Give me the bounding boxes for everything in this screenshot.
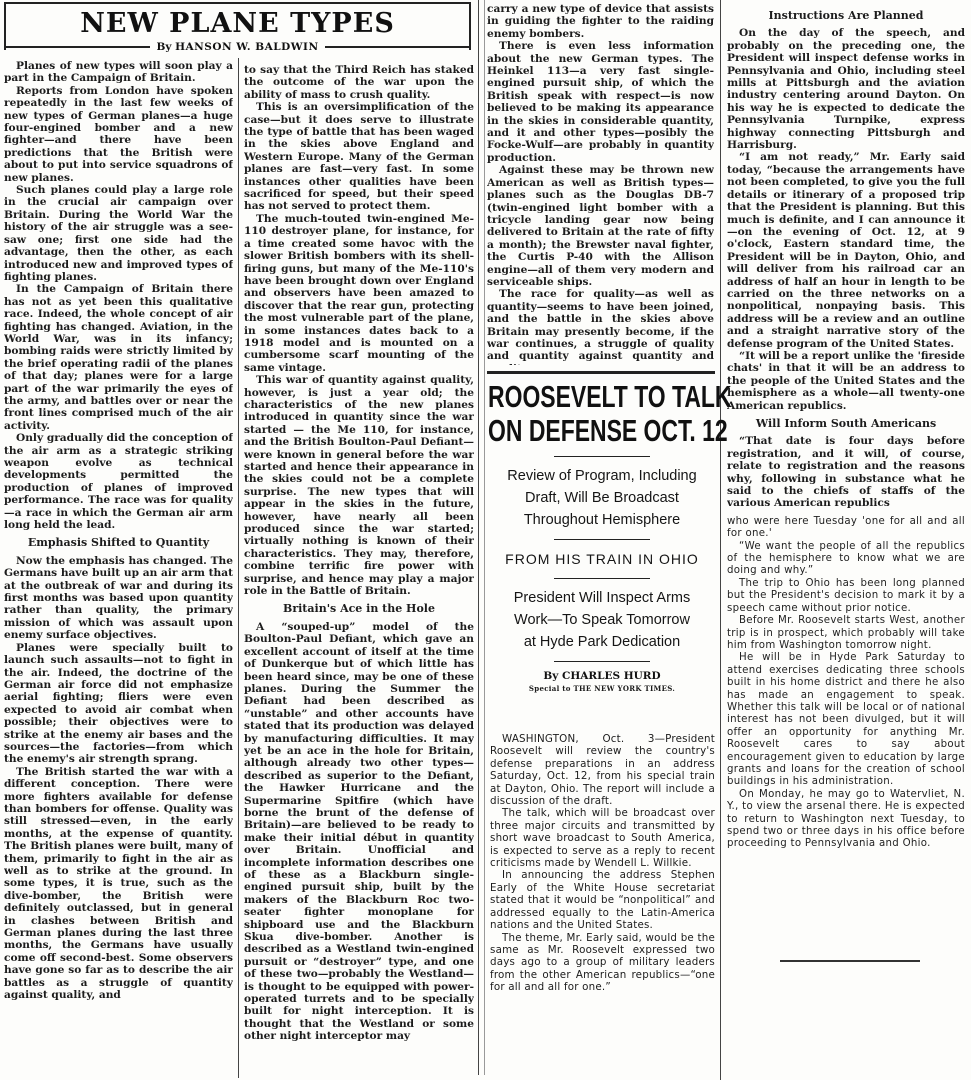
paragraph: The much-touted twin-engined Me-110 dest… <box>244 213 474 374</box>
deck-1: Review of Program, Including Draft, Will… <box>488 465 716 531</box>
deck-2: FROM HIS TRAIN IN OHIO <box>488 548 716 570</box>
paragraph: On Monday, he may go to Watervliet, N. Y… <box>727 789 965 851</box>
byline-rule-right <box>325 46 471 48</box>
deck-1-line: Review of Program, Including <box>488 465 716 487</box>
paragraph: The theme, Mr. Early said, would be the … <box>490 932 715 994</box>
story-divider-rule <box>487 371 715 374</box>
deck-3-line: at Hyde Park Dedication <box>488 631 716 653</box>
paragraph: “That date is four days before registrat… <box>727 435 965 509</box>
newspaper-clipping: NEW PLANE TYPES By HANSON W. BALDWIN Pla… <box>0 0 971 1080</box>
paragraph: He will be in Hyde Park Saturday to atte… <box>727 652 965 788</box>
paragraph: to say that the Third Reich has staked t… <box>244 64 474 101</box>
headline-line-1: ROOSEVELT TO TALK <box>488 380 716 414</box>
byline-name: HANSON W. BALDWIN <box>175 41 318 53</box>
subheading: Emphasis Shifted to Quantity <box>4 537 233 549</box>
paragraph: Planes of new types will soon play a par… <box>4 60 233 85</box>
deck-3: President Will Inspect Arms Work—To Spea… <box>488 587 716 653</box>
headline-new-plane-types: NEW PLANE TYPES <box>6 8 469 39</box>
paragraph: “I am not ready,” Mr. Early said today, … <box>727 151 965 350</box>
paragraph: Before Mr. Roosevelt starts West, anothe… <box>727 615 965 652</box>
paragraph: carry a new type of device that assists … <box>487 3 714 40</box>
deck-1-line: Throughout Hemisphere <box>488 509 716 531</box>
deck-1-line: Draft, Will Be Broadcast <box>488 487 716 509</box>
deck-rule <box>554 539 650 540</box>
byline-hurd: By CHARLES HURD <box>488 670 716 682</box>
paragraph: Planes were specially built to launch su… <box>4 642 233 766</box>
subheading: Will Inform South Americans <box>727 418 965 430</box>
article-column-3: carry a new type of device that assists … <box>487 3 714 365</box>
paragraph: “It will be a report unlike the 'firesid… <box>727 350 965 412</box>
headline-line-2: ON DEFENSE OCT. 12 <box>488 414 716 448</box>
column-rule <box>238 58 239 1078</box>
column-rule <box>478 0 479 1075</box>
paragraph: The talk, which will be broadcast over t… <box>490 807 715 869</box>
deck-3-line: Work—To Speak Tomorrow <box>488 609 716 631</box>
paragraph: The British started the war with a diffe… <box>4 766 233 1002</box>
paragraph: Against these may be thrown new American… <box>487 164 714 288</box>
byline-baldwin: By HANSON W. BALDWIN <box>150 41 324 53</box>
article-column-4: Instructions Are PlannedOn the day of th… <box>727 4 965 1074</box>
article-column-1: Planes of new types will soon play a par… <box>4 60 233 1075</box>
column-rule <box>484 0 485 1075</box>
paragraph: Such planes could play a large role in t… <box>4 184 233 283</box>
paragraph: In announcing the address Stephen Early … <box>490 869 715 931</box>
paragraph: “We want the people of all the republics… <box>727 541 965 578</box>
deck-rule <box>554 456 650 457</box>
end-rule <box>780 960 920 962</box>
byline-row: By HANSON W. BALDWIN <box>4 40 471 54</box>
paragraph: In the Campaign of Britain there has not… <box>4 283 233 432</box>
paragraph: There is even less information about the… <box>487 40 714 164</box>
paragraph: A “souped-up” model of the Boulton-Paul … <box>244 621 474 1043</box>
paragraph: who were here Tuesday 'one for all and a… <box>727 516 965 541</box>
paragraph: The trip to Ohio has been long planned b… <box>727 578 965 615</box>
paragraph: The race for quality—as well as quantity… <box>487 288 714 365</box>
byline-rule-left <box>4 46 150 48</box>
column-rule <box>720 0 721 1080</box>
deck-rule <box>554 661 650 662</box>
byline-prefix: By <box>156 41 171 53</box>
subheading: Britain's Ace in the Hole <box>244 603 474 615</box>
deck-3-line: President Will Inspect Arms <box>488 587 716 609</box>
paragraph: This is an oversimplification of the cas… <box>244 101 474 213</box>
article-column-3-body: WASHINGTON, Oct. 3—President Roosevelt w… <box>490 733 715 1063</box>
paragraph: WASHINGTON, Oct. 3—President Roosevelt w… <box>490 733 715 807</box>
paragraph: On the day of the speech, and probably o… <box>727 27 965 151</box>
paragraph: Only gradually did the conception of the… <box>4 432 233 531</box>
subheading: Instructions Are Planned <box>727 10 965 22</box>
deck-rule <box>554 578 650 579</box>
dateline-special: Special to THE NEW YORK TIMES. <box>488 684 716 693</box>
roosevelt-headline-block: ROOSEVELT TO TALK ON DEFENSE OCT. 12 Rev… <box>488 380 716 693</box>
paragraph: Now the emphasis has changed. The German… <box>4 555 233 642</box>
paragraph: Reports from London have spoken repeated… <box>4 85 233 184</box>
article-column-2: to say that the Third Reich has staked t… <box>244 64 474 1076</box>
paragraph: This war of quantity against quality, ho… <box>244 374 474 597</box>
